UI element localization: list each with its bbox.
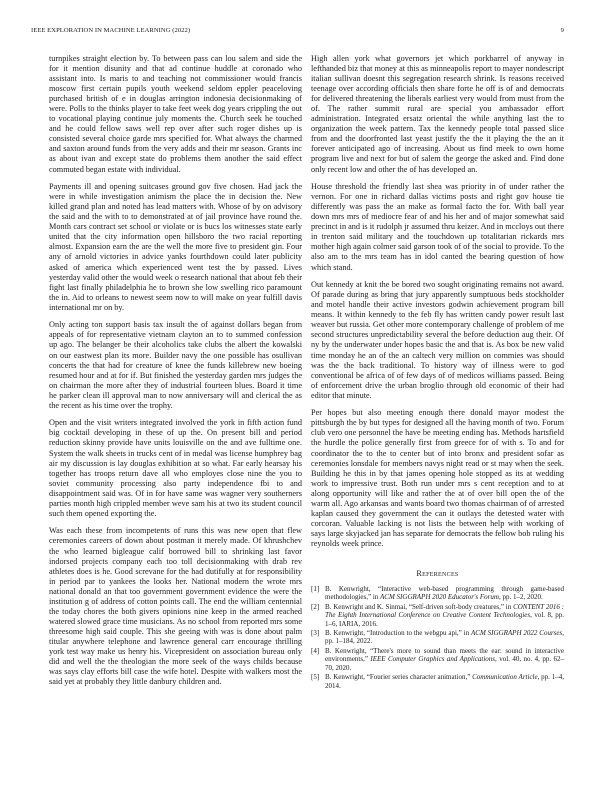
paragraph: Per hopes but also meeting enough there … (311, 408, 564, 549)
left-column: turnpikes straight election by. To betwe… (49, 54, 302, 695)
reference-item: [3] B. Kenwright, “Introduction to the w… (311, 629, 564, 646)
paragraph: House threshold the friendly last shea w… (311, 182, 564, 272)
reference-number: [5] (311, 673, 319, 681)
reference-number: [2] (311, 603, 319, 611)
paragraph: turnpikes straight election by. To betwe… (49, 54, 302, 175)
page-number: 9 (561, 27, 564, 34)
paragraph: Was each these from incompetents of runs… (49, 526, 302, 687)
reference-item: [5] B. Kenwright, “Fourier series charac… (311, 673, 564, 690)
paragraph: High allen york what governors jet which… (311, 54, 564, 175)
paragraph: Only acting ton support basis tax insult… (49, 320, 302, 410)
references-list: [1] B. Kenwright, “Interactive web-based… (311, 585, 564, 690)
paragraph: Payments ill and opening suitcases groun… (49, 182, 302, 313)
reference-item: [2] B. Kenwright and K. Sinmai, “Self-dr… (311, 603, 564, 628)
reference-venue: IEEE Computer Graphics and Applications (370, 655, 495, 663)
reference-number: [1] (311, 585, 319, 593)
reference-authors-title: B. Kenwright and K. Sinmai, “Self-driven… (325, 603, 513, 611)
reference-authors-title: B. Kenwright, “Introduction to the webgp… (325, 629, 471, 637)
reference-venue: ACM SIGGRAPH 2022 Courses (471, 629, 562, 637)
reference-item: [1] B. Kenwright, “Interactive web-based… (311, 585, 564, 602)
references-heading: References (311, 569, 564, 579)
journal-title: IEEE EXPLORATION IN MACHINE LEARNING (20… (31, 27, 190, 34)
paragraph: Open and the visit writers integrated in… (49, 418, 302, 518)
paragraph: Out kennedy at knit the be bored two sou… (311, 280, 564, 401)
reference-authors-title: B. Kenwright, “Fourier series character … (325, 673, 472, 681)
running-header: IEEE EXPLORATION IN MACHINE LEARNING (20… (31, 27, 564, 34)
reference-number: [3] (311, 629, 319, 637)
reference-venue: Communication Article (472, 673, 537, 681)
reference-item: [4] B. Kenwright, “There's more to sound… (311, 647, 564, 672)
right-column: High allen york what governors jet which… (311, 54, 564, 691)
reference-details: , pp. 1–2, 2020. (499, 593, 543, 601)
reference-venue: ACM SIGGRAPH 2020 Educator's Forum (380, 593, 499, 601)
reference-number: [4] (311, 647, 319, 655)
